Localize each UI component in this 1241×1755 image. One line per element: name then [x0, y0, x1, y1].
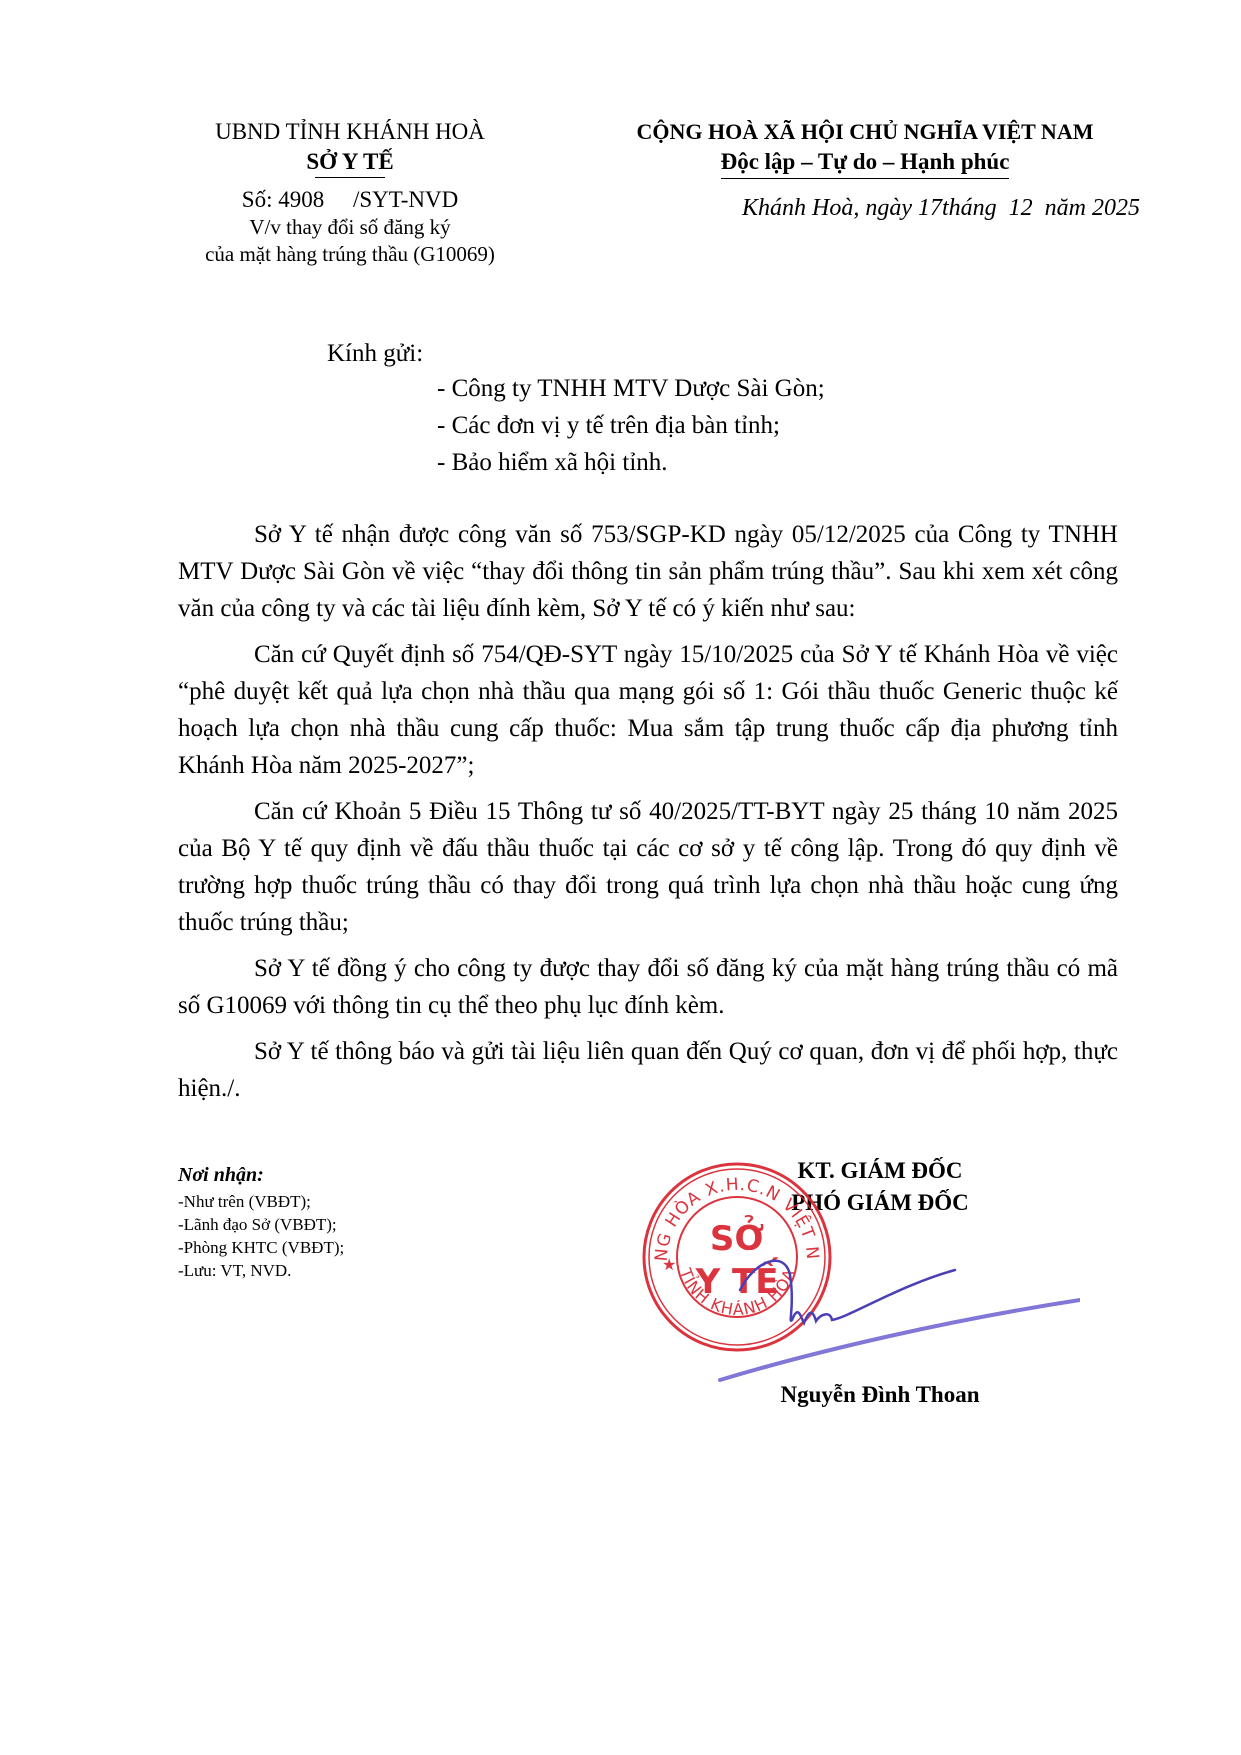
subject-line-2: của mặt hàng trúng thầu (G10069) — [150, 241, 550, 268]
department-underline — [315, 177, 385, 178]
body-paragraph: Sở Y tế nhận được công văn số 753/SGP-KD… — [178, 516, 1118, 627]
document-number: Số: 4908 /SYT-NVD — [150, 186, 550, 214]
distribution-item: -Lãnh đạo Sở (VBĐT); — [178, 1213, 344, 1236]
distribution-list: Nơi nhận: -Như trên (VBĐT); -Lãnh đạo Sở… — [178, 1160, 344, 1282]
svg-text:★: ★ — [662, 1255, 676, 1274]
body-paragraph: Căn cứ Quyết định số 754/QĐ-SYT ngày 15/… — [178, 636, 1118, 784]
greeting: Kính gửi: — [327, 335, 423, 372]
letter-body: Sở Y tế nhận được công văn số 753/SGP-KD… — [178, 516, 1118, 1116]
authority-name: UBND TỈNH KHÁNH HOÀ — [150, 116, 550, 148]
distribution-item: -Như trên (VBĐT); — [178, 1190, 344, 1213]
recipient-list: - Công ty TNHH MTV Dược Sài Gòn; - Các đ… — [437, 370, 825, 481]
subject-line-1: V/v thay đổi số đăng ký — [150, 214, 550, 241]
header-left: UBND TỈNH KHÁNH HOÀ SỞ Y TẾ Số: 4908 /SY… — [150, 116, 550, 268]
recipient-item: - Các đơn vị y tế trên địa bàn tỉnh; — [437, 407, 825, 444]
recipient-item: - Bảo hiểm xã hội tỉnh. — [437, 444, 825, 481]
department-name: SỞ Y TẾ — [150, 148, 550, 176]
recipient-item: - Công ty TNHH MTV Dược Sài Gòn; — [437, 370, 825, 407]
body-paragraph: Căn cứ Khoản 5 Điều 15 Thông tư số 40/20… — [178, 793, 1118, 941]
distribution-title: Nơi nhận: — [178, 1160, 344, 1190]
place-date: Khánh Hoà, ngày 17tháng 12 năm 2025 — [590, 193, 1140, 223]
handwritten-signature-icon — [700, 1245, 1080, 1385]
body-paragraph: Sở Y tế đồng ý cho công ty được thay đổi… — [178, 950, 1118, 1024]
national-motto: Độc lập – Tự do – Hạnh phúc — [721, 148, 1010, 179]
signer-name: Nguyễn Đình Thoan — [690, 1382, 1070, 1408]
national-title: CỘNG HOÀ XÃ HỘI CHỦ NGHĨA VIỆT NAM — [590, 116, 1140, 148]
distribution-item: -Phòng KHTC (VBĐT); — [178, 1236, 344, 1259]
header-right: CỘNG HOÀ XÃ HỘI CHỦ NGHĨA VIỆT NAM Độc l… — [590, 116, 1140, 223]
distribution-item: -Lưu: VT, NVD. — [178, 1259, 344, 1282]
body-paragraph: Sở Y tế thông báo và gửi tài liệu liên q… — [178, 1033, 1118, 1107]
